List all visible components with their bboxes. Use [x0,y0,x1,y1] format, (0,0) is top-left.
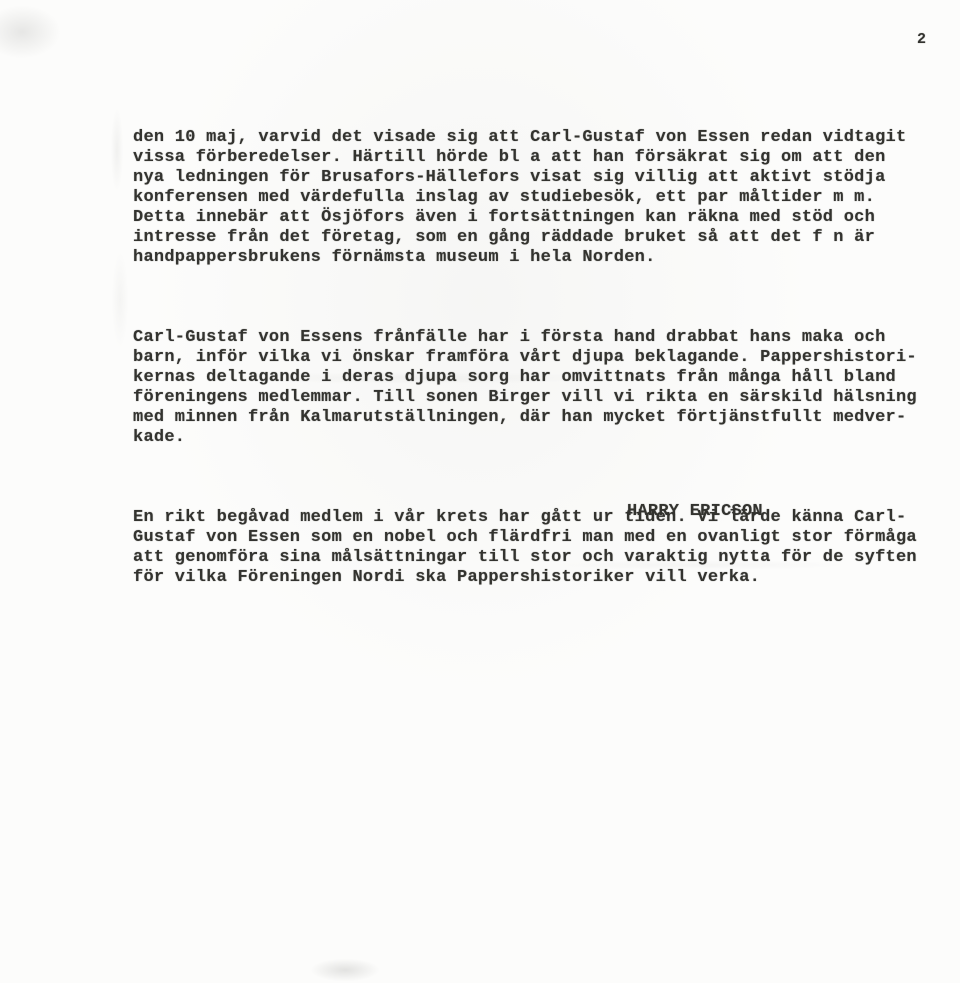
paragraph-2: Carl-Gustaf von Essens frånfälle har i f… [133,328,933,448]
signature-name: HARRY ERICSON [627,502,763,522]
page-number: 2 [917,31,926,48]
paragraph-3: En rikt begåvad medlem i vår krets har g… [133,508,933,588]
scanned-document-page: 2 den 10 maj, varvid det visade sig att … [0,0,960,983]
paragraph-1: den 10 maj, varvid det visade sig att Ca… [133,128,933,268]
document-body: den 10 maj, varvid det visade sig att Ca… [133,88,933,648]
